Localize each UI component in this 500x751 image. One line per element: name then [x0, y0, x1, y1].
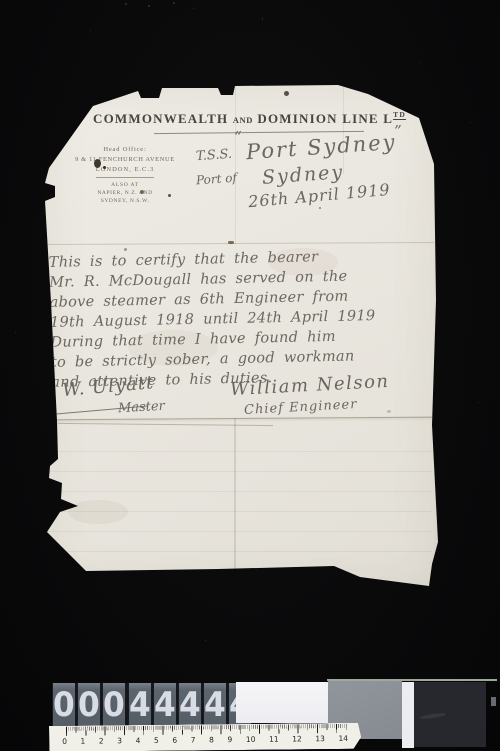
- fold-crease: [40, 242, 434, 245]
- vessel-name: Port Sydney: [245, 130, 397, 164]
- calibration-patch-stripe: [402, 682, 414, 748]
- foxing-spot: [168, 194, 171, 197]
- ruler-number: 1: [80, 737, 85, 746]
- company-name-rest: Dominion Line L: [257, 111, 393, 126]
- head-office-label: Head Office:: [66, 146, 184, 153]
- branch-napier: NAPIER, N.Z. AND: [66, 190, 184, 196]
- ruler-number: 0: [62, 737, 67, 746]
- company-name-main: Commonwealth: [93, 111, 228, 126]
- foxing-spot: [124, 248, 127, 251]
- fold-crease-vertical: [235, 84, 236, 244]
- stain: [128, 330, 218, 366]
- also-at-label: ALSO AT: [66, 182, 184, 188]
- ruler-numbers: 0 1 2 3 4 5 6 7 8 9 10 11 12 13 14: [62, 734, 348, 746]
- address-city: LONDON, E.C.3: [66, 166, 184, 173]
- dust-speck: [420, 62, 421, 63]
- calibration-patch-dark: [414, 682, 486, 747]
- catalog-digit: 4: [128, 683, 150, 727]
- letterhead-address-block: Head Office: 9 & 11 FENCHURCH AVENUE LON…: [66, 146, 184, 204]
- ruler-number: 12: [292, 734, 302, 743]
- ruler-number: 2: [99, 736, 104, 745]
- ruler-number: 8: [209, 735, 214, 744]
- stain: [68, 500, 128, 524]
- dust-speck: [470, 122, 471, 123]
- fold-crease-vertical: [343, 84, 344, 174]
- ruler-number: 6: [172, 736, 177, 745]
- master-title: Master: [118, 399, 166, 416]
- dust-speck: [478, 402, 479, 403]
- foxing-spot: [284, 91, 289, 96]
- dust-speck: [15, 332, 16, 333]
- address-street: 9 & 11 FENCHURCH AVENUE: [66, 156, 184, 163]
- dust-speck: [193, 8, 194, 9]
- scratch-mark: [420, 712, 446, 720]
- vessel-close-quote: ”: [394, 122, 402, 140]
- photograph-stage: Commonwealth and Dominion Line LTD Head …: [0, 0, 500, 751]
- ruler-number: 7: [191, 735, 196, 744]
- letterhead-company-name: Commonwealth and Dominion Line LTD: [93, 110, 393, 127]
- dust-speck: [125, 3, 127, 5]
- ruler-number: 3: [117, 736, 122, 745]
- calibration-patch-white: [236, 682, 328, 723]
- dust-speck: [205, 640, 206, 641]
- foxing-spot: [228, 241, 234, 244]
- catalog-digit: 0: [53, 683, 75, 727]
- branch-sydney: SYDNEY, N.S.W.: [66, 198, 184, 204]
- catalog-digit: 0: [103, 683, 125, 727]
- vessel-prefix: T.S.S.: [196, 147, 233, 164]
- dust-speck: [90, 30, 91, 31]
- catalog-number-label: 0 0 0 4 4 4 4 4: [52, 683, 235, 727]
- ruler-number: 10: [246, 735, 256, 744]
- dust-speck: [148, 5, 150, 7]
- catalog-digit: 0: [78, 683, 100, 727]
- ruler-number: 13: [315, 734, 325, 743]
- foxing-spot: [140, 190, 144, 194]
- dust-speck: [262, 18, 263, 20]
- company-name-suffix: TD: [393, 110, 406, 120]
- ink-blot: [94, 159, 101, 168]
- ruler-number: 14: [338, 734, 348, 743]
- fold-crease: [58, 423, 273, 426]
- foxing-spot: [319, 207, 321, 209]
- catalog-digit: 4: [154, 683, 176, 727]
- measurement-ruler: 0 1 2 3 4 5 6 7 8 9 10 11 12 13 14: [49, 723, 361, 751]
- stain: [268, 248, 338, 276]
- ruler-number: 5: [154, 736, 159, 745]
- letter-document: Commonwealth and Dominion Line LTD Head …: [38, 80, 440, 592]
- fold-crease: [40, 417, 434, 421]
- catalog-digit: 4: [179, 683, 201, 727]
- ruler-number: 9: [227, 735, 232, 744]
- edge-reflection: [491, 697, 496, 706]
- ruler-number: 4: [136, 736, 141, 745]
- foxing-spot: [387, 410, 391, 413]
- address-divider: [96, 177, 154, 178]
- ruler-number: 11: [269, 735, 279, 744]
- ink-blot: [103, 166, 106, 169]
- dust-speck: [173, 2, 175, 4]
- chief-engineer-title: Chief Engineer: [244, 397, 358, 418]
- letter-body: This is to certify that the bearer Mr. R…: [49, 245, 420, 393]
- port-of-label: Port of: [196, 171, 238, 188]
- catalog-digit: 4: [204, 683, 226, 727]
